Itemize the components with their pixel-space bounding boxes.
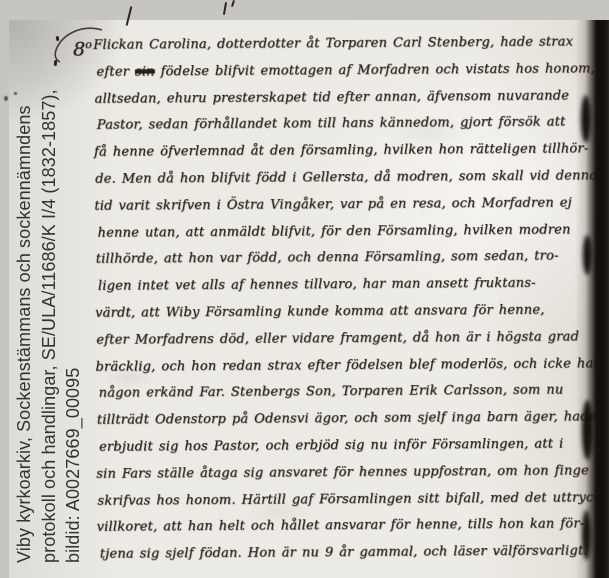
stray-ink-mark <box>223 2 227 15</box>
manuscript-line: värdt, att Wiby Församling kunde komma a… <box>95 297 595 327</box>
binding-shadow-strip <box>575 20 609 578</box>
ink-speck <box>4 96 8 101</box>
manuscript-line: sin Fars ställe åtaga sig ansvaret för h… <box>96 458 596 488</box>
manuscript-line: henne utan, att anmäldt blifvit, för den… <box>97 217 594 247</box>
archive-image-viewer: 8o Flickan Carolina, dotterdotter åt Tor… <box>0 0 609 578</box>
manuscript-line: villkoret, att han helt och hållet ansva… <box>97 512 597 542</box>
manuscript-line: bräcklig, och hon redan strax efter föde… <box>95 351 595 381</box>
manuscript-line: någon erkänd Far. Stenbergs Son, Torpare… <box>99 378 596 408</box>
manuscript-line: Flickan Carolina, dotterdotter åt Torpar… <box>93 29 593 59</box>
struck-out-word: sin <box>135 64 155 79</box>
manuscript-line: skrifvas hos honom. Härtill gaf Församli… <box>97 485 596 515</box>
manuscript-line: tillhörde, att hon var född, och denna F… <box>96 244 595 274</box>
manuscript-line: efter sin födelse blifvit emottagen af M… <box>96 56 593 86</box>
manuscript-line: Pastor, sedan förhållandet kom till hans… <box>97 110 594 140</box>
manuscript-line: ligen intet vet alls af hennes tillvaro,… <box>98 270 595 300</box>
archive-watermark-label: Viby kyrkoarkiv, Sockenstämmans och sock… <box>12 23 88 563</box>
manuscript-line: efter Morfadrens död, eller vidare framg… <box>96 324 595 354</box>
binding-shadow-blob <box>582 400 593 460</box>
watermark-line-3: bildid: A0027669_00095 <box>61 23 86 563</box>
manuscript-line: tjena sig sjelf födan. Hon är nu 9 år ga… <box>100 538 597 568</box>
binding-shadow-blob <box>582 510 591 560</box>
manuscript-line: få henne öfverlemnad åt den församling, … <box>94 136 594 166</box>
watermark-line-1: Viby kyrkoarkiv, Sockenstämmans och sock… <box>12 23 37 563</box>
manuscript-line: tillträdt Odenstorp på Odensvi ägor, och… <box>97 404 596 434</box>
line-text: efter <box>96 64 135 79</box>
line-text: födelse blifvit emottagen af Morfadren o… <box>155 61 595 79</box>
manuscript-text: Flickan Carolina, dotterdotter åt Torpar… <box>93 29 597 568</box>
stray-ink-mark <box>231 0 235 7</box>
binding-shadow-blob <box>583 235 592 275</box>
manuscript-line: alltsedan, ehuru presterskapet tid efter… <box>95 83 594 113</box>
manuscript-line: tid varit skrifven i Östra Vingåker, var… <box>94 190 594 220</box>
manuscript-line: de. Men då hon blifvit född i Gellersta,… <box>95 163 594 193</box>
manuscript-line: erbjudit sig hos Pastor, och erbjöd sig … <box>99 431 596 461</box>
binding-shadow-blob <box>581 95 591 143</box>
watermark-line-2: protokoll och handlingar, SE/ULA/11686/K… <box>37 23 62 563</box>
